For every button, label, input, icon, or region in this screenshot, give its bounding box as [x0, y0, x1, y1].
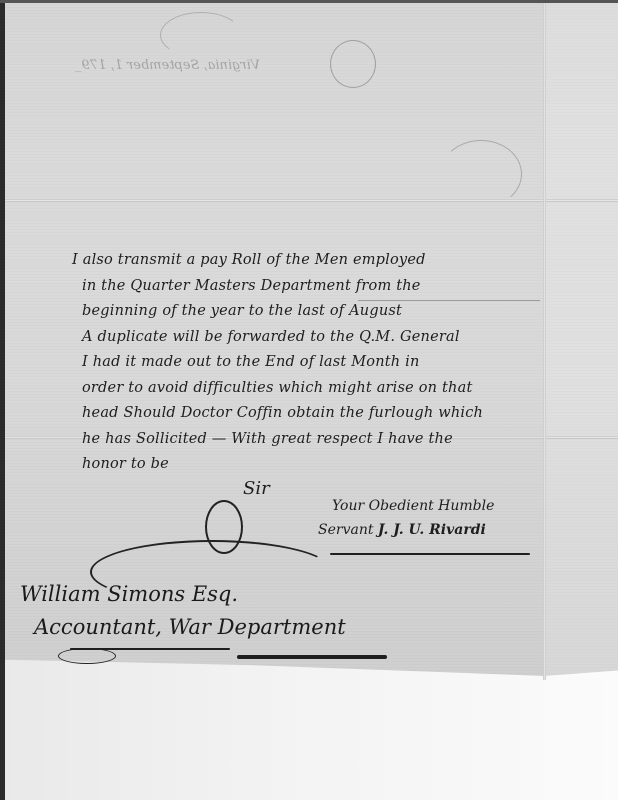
body-line: head Should Doctor Coffin obtain the fur…: [72, 401, 542, 427]
body-line: he has Sollicited — With great respect I…: [72, 427, 542, 453]
horizontal-fold-line-upper: [5, 199, 618, 202]
bleed-through-letter-v: [330, 40, 376, 88]
addressee-underline-left: [70, 648, 230, 650]
addressee-underline-right: [237, 655, 387, 659]
body-line: honor to be: [72, 452, 542, 478]
bleed-through-dateline: Virginia, September 1, 179_: [75, 58, 260, 73]
closing-salutation: Sir: [243, 478, 270, 499]
body-line: I had it made out to the End of last Mon…: [72, 350, 542, 376]
addressee-underline-loop: [58, 648, 116, 664]
bleed-through-flourish-lower: [440, 140, 522, 208]
scan-top-edge: [0, 0, 618, 3]
addressee-name: William Simons Esq.: [20, 582, 238, 606]
body-line: in the Quarter Masters Department from t…: [72, 274, 542, 300]
signature: J. J. U. Rivardi: [378, 522, 486, 538]
scan-left-edge: [0, 0, 5, 800]
letter-body: I also transmit a pay Roll of the Men em…: [72, 248, 542, 478]
addressee-title: Accountant, War Department: [34, 615, 346, 639]
body-line: I also transmit a pay Roll of the Men em…: [72, 248, 542, 274]
body-line: order to avoid difficulties which might …: [72, 376, 542, 402]
body-line: beginning of the year to the last of Aug…: [72, 299, 542, 325]
signature-line: Servant J. J. U. Rivardi: [318, 522, 486, 538]
bleed-through-flourish: [160, 12, 242, 58]
signature-underline: [330, 553, 530, 555]
body-line: A duplicate will be forwarded to the Q.M…: [72, 325, 542, 351]
vertical-fold-line: [543, 3, 546, 680]
ruled-line: [358, 300, 540, 301]
closing-line: Your Obedient Humble: [332, 498, 494, 514]
folded-right-panel: [546, 3, 618, 677]
closing-servant: Servant: [318, 522, 373, 538]
